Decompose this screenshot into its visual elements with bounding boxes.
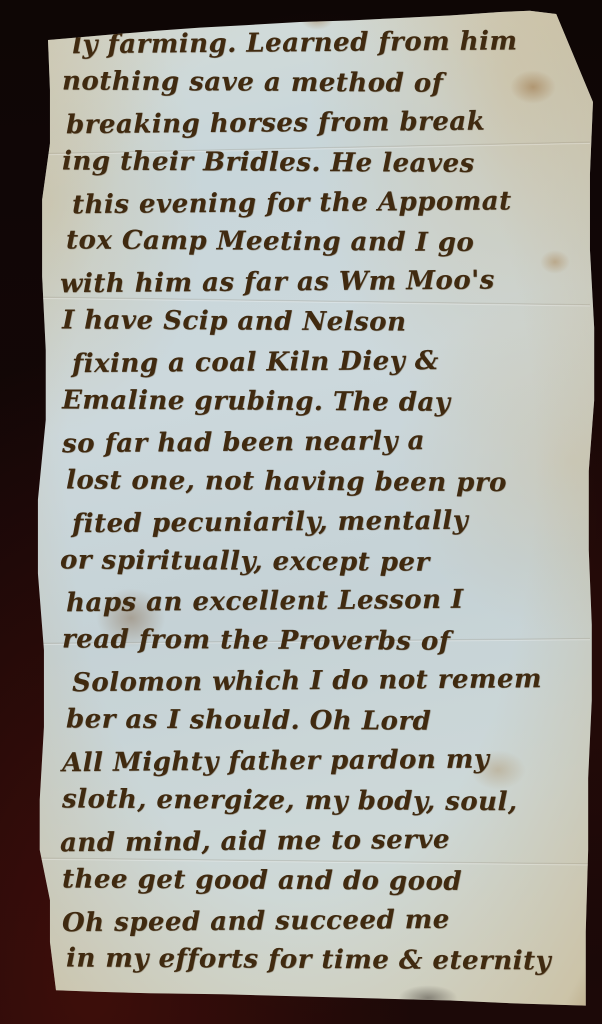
manuscript-line: ber as I should. Oh Lord — [66, 701, 578, 744]
photo-of-manuscript: ly farming. Learned from him nothing sav… — [0, 0, 602, 1024]
manuscript-line: or spiritually, except per — [60, 541, 578, 584]
handwritten-text: ly farming. Learned from him nothing sav… — [62, 24, 578, 981]
manuscript-line: lost one, not having been pro — [66, 461, 578, 504]
manuscript-line: read from the Proverbs of — [62, 621, 578, 664]
manuscript-line: and mind, aid me to serve — [60, 820, 578, 864]
manuscript-line: fited pecuniarily, mentally — [72, 500, 578, 544]
manuscript-line: this evening for the Appomat — [72, 181, 578, 225]
manuscript-line: sloth, energize, my body, soul, — [62, 780, 578, 823]
manuscript-line: haps an excellent Lesson I — [66, 580, 578, 624]
manuscript-line: All Mighty father pardon my — [62, 740, 578, 784]
manuscript-line: I have Scip and Nelson — [62, 302, 578, 345]
manuscript-line: Emaline grubing. The day — [62, 381, 578, 424]
manuscript-line: in my efforts for time & eternity — [66, 940, 578, 983]
manuscript-line: so far had been nearly a — [62, 421, 578, 465]
manuscript-line: ing their Bridles. He leaves — [62, 142, 578, 185]
manuscript-paper: ly farming. Learned from him nothing sav… — [0, 0, 602, 1024]
manuscript-line: tox Camp Meeting and I go — [66, 222, 578, 265]
manuscript-line: fixing a coal Kiln Diey & — [72, 341, 578, 385]
manuscript-line: Oh speed and succeed me — [62, 899, 578, 943]
manuscript-line: breaking horses from break — [66, 102, 578, 146]
manuscript-line: nothing save a method of — [62, 62, 578, 105]
manuscript-line: Solomon which I do not remem — [72, 660, 578, 704]
manuscript-line: with him as far as Wm Moo's — [60, 261, 578, 305]
manuscript-line: thee get good and do good — [62, 860, 578, 903]
